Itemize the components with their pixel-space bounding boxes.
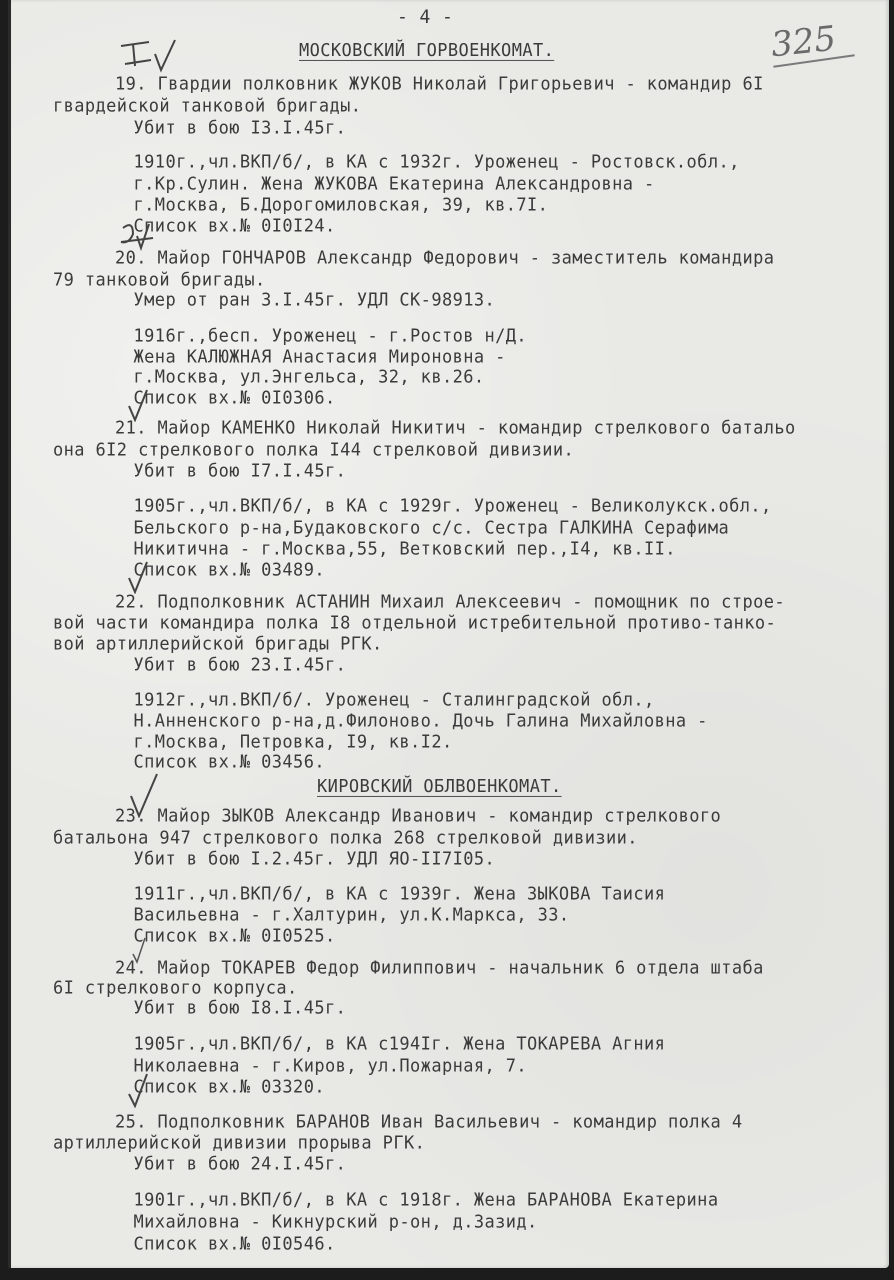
checkmark-icon [127, 936, 157, 966]
entry-22-line-4: Убит в бою 23.I.45г. [91, 655, 346, 676]
checkmark-icon [111, 38, 191, 78]
entry-21-line-5: 1905г.,чл.ВКП/б/, в КА с 1929г. Уроженец… [91, 496, 772, 517]
entry-25-line-3: Убит в бою 24.I.45г. [91, 1154, 346, 1175]
entry-24-line-1: 24. Майор ТОКАРЕВ Федор Филиппович - нач… [115, 958, 764, 979]
entry-20-line-3: Умер от ран 3.I.45г. УДЛ СК-98913. [91, 290, 495, 311]
entry-19-line-3: Убит в бою I3.I.45г. [91, 118, 346, 139]
document-page: - 4 - 325 МОСКОВСКИЙ ГОРВОЕНКОМАТ. 19. Г… [8, 0, 889, 1268]
entry-21-line-7: Никитична - г.Москва,55, Ветковский пер.… [91, 539, 676, 560]
entry-25-line-2: артиллерийской дивизии прорыва РГК. [53, 1133, 425, 1154]
entry-20-line-5: 1916г.,бесп. Уроженец - г.Ростов н/Д. [91, 326, 527, 347]
entry-19-line-7: г.Москва, Б.Дорогомиловская, 39, кв.7I. [91, 195, 548, 216]
entry-19-line-2: гвардейской танковой бригады. [53, 96, 361, 117]
checkmark-icon [127, 772, 163, 818]
entry-22-line-9: Список вх.№ 03456. [91, 752, 325, 773]
entry-21-line-2: она 6I2 стрелкового полка I44 стрелковой… [53, 440, 574, 461]
entry-22-line-3: вой артиллерийской бригады РГК. [53, 634, 383, 655]
entry-25-line-7: Список вх.№ 0I0546. [91, 1234, 336, 1255]
entry-23-line-2: батальона 947 стрелкового полка 268 стре… [53, 828, 638, 849]
entry-19-line-1: 19. Гвардии полковник ЖУКОВ Николай Григ… [115, 74, 764, 95]
entry-22-line-8: г.Москва, Петровка, I9, кв.I2. [91, 732, 453, 753]
entry-22-line-7: Н.Анненского р-на,д.Филоново. Дочь Галин… [91, 711, 708, 732]
checkmark-icon [119, 218, 179, 254]
entry-22-line-6: 1912г.,чл.ВКП/б/. Уроженец - Сталинградс… [91, 690, 655, 711]
entry-19-line-6: г.Кр.Сулин. Жена ЖУКОВА Екатерина Алекса… [91, 174, 655, 195]
entry-24-line-5: 1905г.,чл.ВКП/б/, в КА с194Iг. Жена ТОКА… [91, 1034, 665, 1055]
entry-24-line-2: 6I стрелкового корпуса. [53, 978, 298, 999]
entry-23-line-1: 23. Майор ЗЫКОВ Александр Иванович - ком… [115, 806, 721, 827]
checkmark-icon [125, 388, 155, 422]
section-heading-moscow: МОСКОВСКИЙ ГОРВОЕНКОМАТ. [299, 40, 554, 61]
entry-20-line-7: г.Москва, ул.Энгельса, 32, кв.26. [91, 367, 485, 388]
entry-24-line-3: Убит в бою I8.I.45г. [91, 998, 346, 1019]
entry-21-line-3: Убит в бою I7.I.45г. [91, 461, 346, 482]
entry-23-line-6: Васильевна - г.Халтурин, ул.К.Маркса, 33… [91, 905, 570, 926]
entry-21-line-1: 21. Майор КАМЕНКО Николай Никитич - кома… [115, 418, 796, 439]
entry-20-line-1: 20. Майор ГОНЧАРОВ Александр Федорович -… [115, 248, 774, 269]
entry-25-line-5: 1901г.,чл.ВКП/б/, в КА с 1918г. Жена БАР… [91, 1190, 718, 1211]
entry-20-line-2: 79 танковой бригады. [53, 270, 266, 291]
entry-19-line-5: 1910г.,чл.ВКП/б/, в КА с 1932г. Уроженец… [91, 152, 740, 173]
entry-23-line-3: Убит в бою I.2.45г. УДЛ ЯО-II7I05. [91, 849, 495, 870]
entry-25-line-6: Михайловна - Кикнурский р-он, д.Зазид. [91, 1212, 538, 1233]
entry-22-line-1: 22. Подполковник АСТАНИН Михаил Алексеев… [115, 592, 785, 613]
entry-24-line-6: Николаевна - г.Киров, ул.Пожарная, 7. [91, 1056, 527, 1077]
entry-23-line-5: 1911г.,чл.ВКП/б/, в КА с 1939г. Жена ЗЫК… [91, 884, 665, 905]
page-number: - 4 - [397, 6, 453, 28]
entry-25-line-1: 25. Подполковник БАРАНОВ Иван Васильевич… [115, 1112, 742, 1133]
section-heading-kirov: КИРОВСКИЙ ОБЛВОЕНКОМАТ. [317, 776, 562, 797]
checkmark-icon [125, 560, 155, 594]
entry-21-line-6: Бельского р-на,Будаковского с/с. Сестра … [91, 518, 729, 539]
entry-20-line-6: Жена КАЛЮЖНАЯ Анастасия Мироновна - [91, 347, 506, 368]
entry-22-line-2: вой части командира полка I8 отдельной и… [53, 613, 776, 634]
checkmark-icon [125, 1072, 155, 1108]
